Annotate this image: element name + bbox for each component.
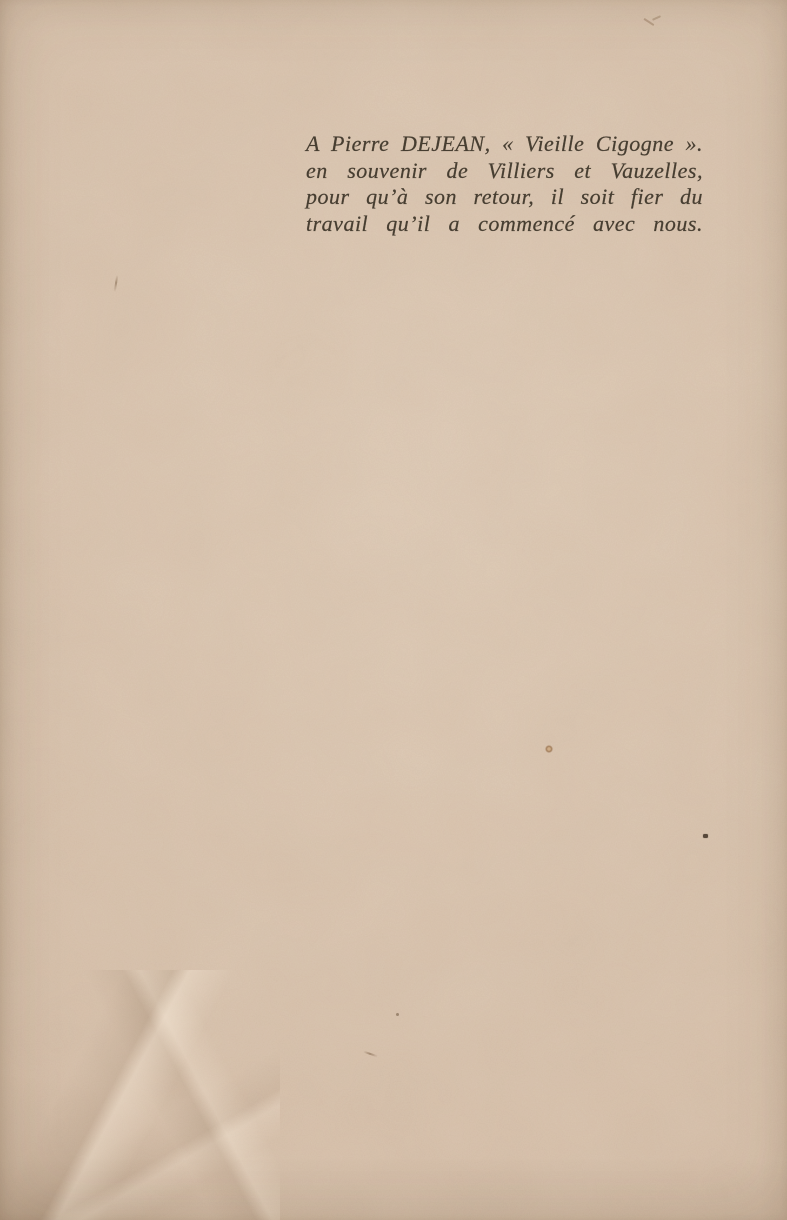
dedication-line-3: pour qu’à son retour, il soit fier du: [306, 184, 703, 211]
scanned-book-page: A Pierre DEJEAN, « Vieille Cigogne ». en…: [0, 0, 787, 1220]
dedication-text: A Pierre DEJEAN, « Vieille Cigogne ». en…: [306, 131, 703, 237]
paper-speck-dark: [703, 834, 708, 838]
dedication-line-2: en souvenir de Villiers et Vauzelles,: [306, 158, 703, 185]
paper-speck-brown-dot: [545, 745, 553, 753]
paper-fiber-top-right-a: [644, 18, 655, 26]
paper-crease-bottom-left: [0, 970, 280, 1220]
paper-speck-small: [396, 1013, 399, 1016]
paper-fiber-left: [114, 275, 119, 292]
paper-fiber-top-right-b: [652, 15, 661, 20]
dedication-line-4: travail qu’il a commencé avec nous.: [306, 211, 703, 238]
paper-fiber-bottom-center: [363, 1051, 378, 1058]
dedication-line-1: A Pierre DEJEAN, « Vieille Cigogne ».: [306, 131, 703, 158]
